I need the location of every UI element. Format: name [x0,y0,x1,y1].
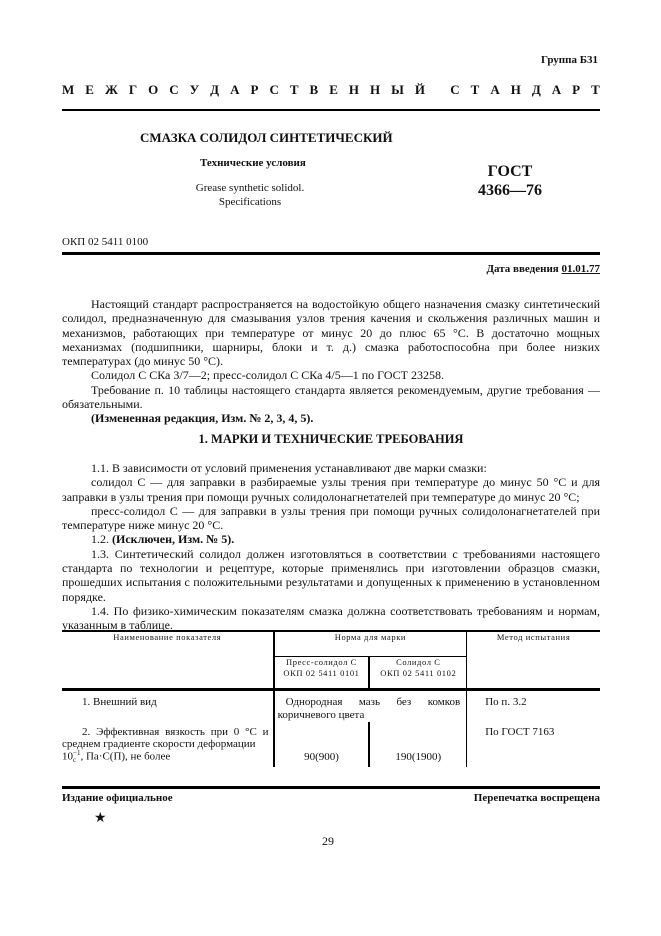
english-title-line-2: Specifications [180,195,320,209]
okp-code: ОКП 02 5411 0100 [62,236,148,248]
interstate-standard-banner: МЕЖГОСУДАРСТВЕННЫЙ СТАНДАРТ [62,82,600,98]
banner-letter [436,82,439,98]
clause-1-2-number: 1.2. [91,532,109,546]
header-test-method: Метод испытания [467,631,600,689]
gost-designation: ГОСТ 4366—76 [460,162,560,200]
row-1-method: По п. 3.2 [467,689,600,722]
intro-section: Настоящий стандарт распространяется на в… [62,297,600,426]
banner-letter: Т [290,82,299,98]
clause-1-1-solidol: солидол С — для заправки в разбираемые у… [62,475,600,504]
banner-letter: С [269,82,278,98]
introduction-date: Дата введения 01.01.77 [486,263,600,275]
banner-letter: Ж [105,82,118,98]
header-solidol-okp: ОКП 02 5411 0102 [370,668,466,679]
banner-letter: Д [532,82,541,98]
clause-1-1-press-solidol: пресс-солидол С — для заправки в узлы тр… [62,504,600,533]
banner-letter: Р [251,82,259,98]
clause-1-2-text: (Исключен, Изм. № 5). [112,532,234,546]
banner-letter: А [490,82,499,98]
requirements-table: Наименование показателя Норма для марки … [62,630,600,767]
header-press-solidol-okp: ОКП 02 5411 0101 [275,668,369,679]
group-code: Группа Б31 [541,54,598,66]
banner-letter: Е [85,82,94,98]
header-solidol: Солидол С ОКП 02 5411 0102 [369,656,466,689]
banner-letter: Н [370,82,380,98]
banner-letter: Д [210,82,219,98]
banner-letter: У [190,82,200,98]
gost-label: ГОСТ [460,162,560,181]
banner-letter: Т [591,82,600,98]
header-press-solidol: Пресс-солидол С ОКП 02 5411 0101 [274,656,370,689]
banner-letter: Ы [391,82,404,98]
row-1-merged-value: Однородная мазь без комков коричневого ц… [274,689,467,722]
reprint-prohibited-note: Перепечатка воспрещена [474,792,600,804]
section-1-body: 1.1. В зависимости от условий применения… [62,461,600,633]
clause-1-3: 1.3. Синтетический солидол должен изгото… [62,547,600,604]
star-icon: ★ [94,810,107,827]
banner-letter: В [310,82,319,98]
clause-1-1: 1.1. В зависимости от условий применения… [62,461,600,475]
banner-letter: Н [349,82,359,98]
table-row: 1. Внешний вид Однородная мазь без комко… [62,689,600,722]
official-edition-note: Издание официальное [62,792,173,804]
header-rule [62,109,600,111]
row-1-name: 1. Внешний вид [62,689,274,722]
header-indicator-name: Наименование показателя [62,631,274,689]
date-value: 01.01.77 [562,263,601,275]
gost-number: 4366—76 [460,181,560,200]
clause-1-2: 1.2. (Исключен, Изм. № 5). [62,532,600,546]
banner-letter: Е [329,82,338,98]
banner-letter: Й [415,82,425,98]
date-label: Дата введения [486,263,558,275]
page-number: 29 [322,834,334,849]
banner-letter: Р [572,82,580,98]
row-2-name-text: 2. Эффективная вязкость при 0 °С и средн… [62,726,269,750]
row-2-solidol-value: 190(1900) [369,722,466,767]
footer-rule [62,786,600,789]
row-2-name: 2. Эффективная вязкость при 0 °С и средн… [62,722,274,767]
header-norm-for-grade: Норма для марки [274,631,467,656]
okp-rule [62,252,600,255]
section-heading: 1. МАРКИ И ТЕХНИЧЕСКИЕ ТРЕБОВАНИЯ [62,432,600,447]
english-title-line-1: Grease synthetic solidol. [180,181,320,195]
banner-letter: Н [511,82,521,98]
row-2-rate-base: 10 [62,750,73,762]
banner-letter: М [62,82,74,98]
row-2-press-solidol-value: 90(900) [274,722,370,767]
table-row: 2. Эффективная вязкость при 0 °С и средн… [62,722,600,767]
row-2-name-tail: , Па·С(П), не более [80,750,170,762]
header-solidol-name: Солидол С [370,657,466,668]
intro-paragraph-1: Настоящий стандарт распространяется на в… [62,297,600,368]
intro-paragraph-3: Требование п. 10 таблицы настоящего стан… [62,383,600,412]
document-title: СМАЗКА СОЛИДОЛ СИНТЕТИЧЕСКИЙ [140,130,393,146]
banner-letter: А [552,82,561,98]
intro-paragraph-2: Солидол С СКа 3/7—2; пресс-солидол С СКа… [62,368,600,382]
english-title: Grease synthetic solidol. Specifications [180,181,320,209]
banner-letter: С [450,82,459,98]
banner-letter: А [230,82,239,98]
document-subtitle: Технические условия [200,157,306,169]
banner-letter: О [148,82,158,98]
row-2-method: По ГОСТ 7163 [467,722,600,767]
header-press-solidol-name: Пресс-солидол С [275,657,369,668]
intro-amendment-note: (Измененная редакция, Изм. № 2, 3, 4, 5)… [62,411,600,425]
banner-letter: Г [129,82,137,98]
banner-letter: Т [471,82,480,98]
clause-1-4: 1.4. По физико-химическим показателям см… [62,604,600,633]
row-1-value-text: Однородная мазь без комков коричневого ц… [278,696,461,721]
banner-letter: С [169,82,178,98]
